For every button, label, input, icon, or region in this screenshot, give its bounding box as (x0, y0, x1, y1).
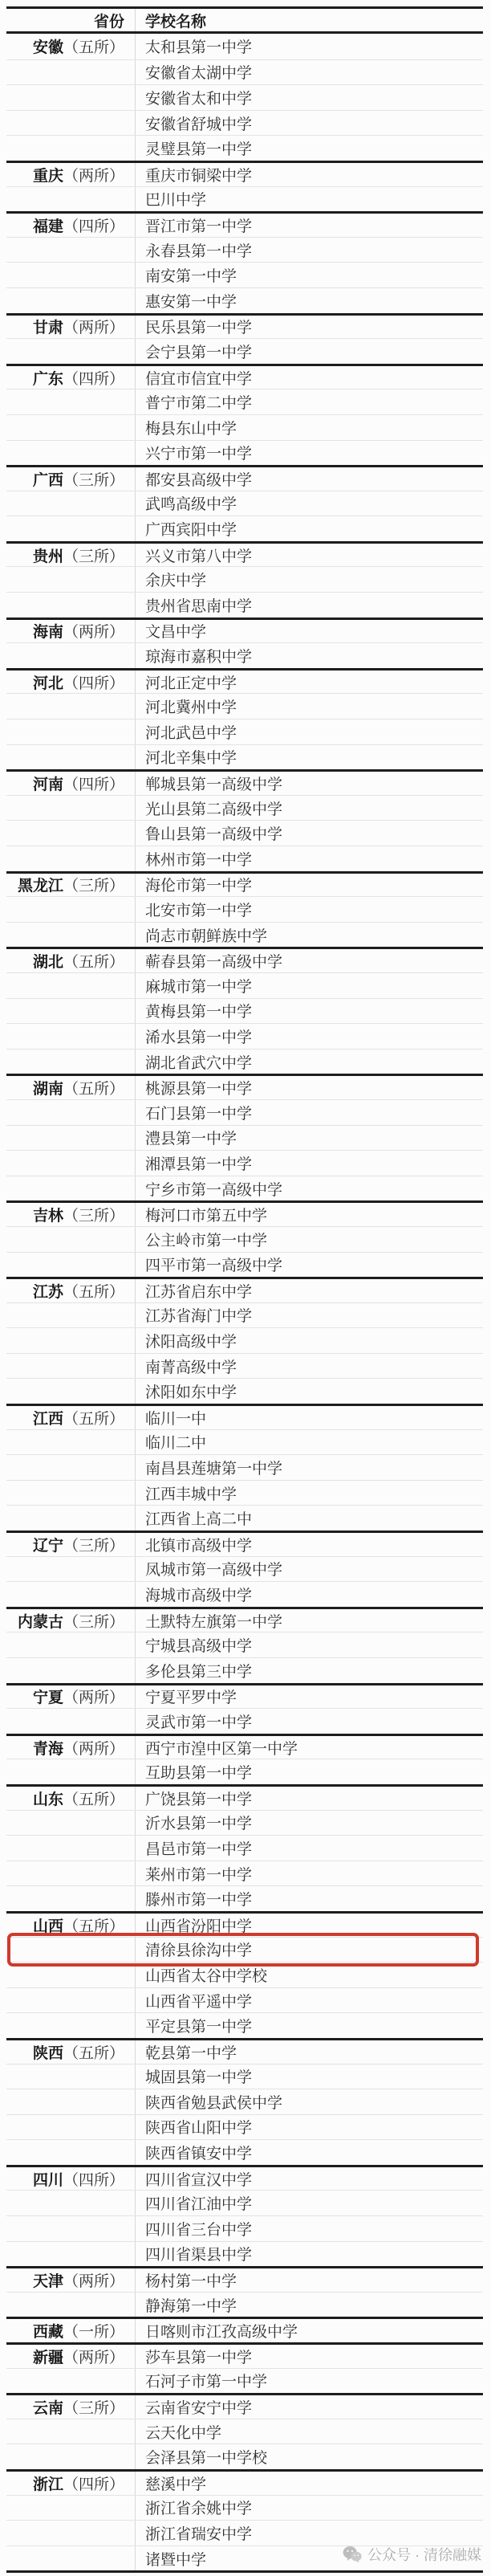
table-row: 林州市第一中学 (6, 846, 483, 871)
school-table-body: 安徽（五所）太和县第一中学安徽省太湖中学安徽省太和中学安徽省舒城中学灵璧县第一中… (6, 34, 483, 2570)
province-header: 省份 (6, 10, 135, 31)
province-name: 广西 (33, 472, 63, 489)
table-row: 宁夏（两所）宁夏平罗中学 (6, 1683, 483, 1709)
school-cell: 沂水县第一中学 (135, 1812, 483, 1833)
province-school-count: （四所） (63, 675, 124, 692)
province-cell: 黑龙江（三所） (6, 874, 135, 895)
table-row: 浙江省瑞安中学 (6, 2520, 483, 2545)
school-cell: 重庆市铜梁中学 (135, 164, 483, 185)
table-row: 陕西省勉县武侯中学 (6, 2089, 483, 2114)
province-name: 新疆 (33, 2350, 63, 2366)
table-row: 武鸣高级中学 (6, 491, 483, 516)
school-cell: 浠水县第一中学 (135, 1025, 483, 1047)
province-school-count: （五所） (63, 1284, 124, 1301)
table-row: 江西（五所）临川一中 (6, 1404, 483, 1429)
school-cell: 临川一中 (135, 1407, 483, 1429)
province-name: 山西 (33, 1918, 63, 1935)
table-row: 陕西（五所）乾县第一中学 (6, 2038, 483, 2064)
province-school-count: （两所） (63, 2350, 124, 2366)
school-cell: 山西省太谷中学校 (135, 1964, 483, 1986)
table-row: 永春县第一中学 (6, 237, 483, 263)
school-cell: 桃源县第一中学 (135, 1077, 483, 1098)
school-cell: 四川省三台中学 (135, 2218, 483, 2240)
province-school-count: （两所） (63, 2273, 124, 2290)
table-row: 江西省上高二中 (6, 1505, 483, 1531)
table-row: 昌邑市第一中学 (6, 1835, 483, 1861)
school-cell: 四川省江油中学 (135, 2192, 483, 2214)
school-cell: 江苏省启东中学 (135, 1280, 483, 1302)
school-cell: 云天化中学 (135, 2421, 483, 2443)
table-row: 凤城市第一高级中学 (6, 1556, 483, 1582)
province-name: 湖北 (33, 954, 63, 971)
table-row: 安徽省太湖中学 (6, 59, 483, 85)
school-cell: 安徽省舒城中学 (135, 112, 483, 134)
province-school-count: （五所） (63, 1791, 124, 1808)
province-school-count: （五所） (63, 954, 124, 971)
province-cell: 吉林（三所） (6, 1204, 135, 1225)
province-cell: 云南（三所） (6, 2396, 135, 2418)
school-cell: 安徽省太湖中学 (135, 61, 483, 83)
school-cell: 四川省宣汉中学 (135, 2168, 483, 2190)
table-row: 山西省平遥中学 (6, 1987, 483, 2013)
table-row: 贵州省思南中学 (6, 592, 483, 618)
school-cell: 河北正定中学 (135, 671, 483, 693)
school-cell: 海城市高级中学 (135, 1584, 483, 1605)
table-row: 青海（两所）西宁市湟中区第一中学 (6, 1734, 483, 1759)
province-cell: 安徽（五所） (6, 35, 135, 57)
province-cell: 辽宁（三所） (6, 1534, 135, 1555)
school-cell: 安徽省太和中学 (135, 87, 483, 108)
school-cell: 河北辛集中学 (135, 746, 483, 768)
table-row: 南菁高级中学 (6, 1353, 483, 1379)
province-name: 陕西 (33, 2045, 63, 2062)
table-row: 四平市第一高级中学 (6, 1252, 483, 1278)
table-row: 城固县第一中学 (6, 2064, 483, 2089)
province-school-count: （五所） (63, 39, 124, 56)
province-school-count: （一所） (63, 2324, 124, 2341)
watermark-text: 公众号 · 清徐融媒 (367, 2544, 481, 2565)
table-row: 北安市第一中学 (6, 896, 483, 922)
school-cell: 麻城市第一中学 (135, 975, 483, 997)
school-cell: 会泽县第一中学校 (135, 2446, 483, 2468)
table-row: 黄梅县第一中学 (6, 998, 483, 1024)
table-row: 河南（四所）郸城县第一高级中学 (6, 769, 483, 795)
table-row: 海南（两所）文昌中学 (6, 618, 483, 643)
province-name: 山东 (33, 1791, 63, 1808)
table-row: 安徽省舒城中学 (6, 110, 483, 136)
table-row: 临川二中 (6, 1429, 483, 1455)
province-school-count: （两所） (63, 1689, 124, 1706)
school-cell: 杨村第一中学 (135, 2269, 483, 2291)
school-cell: 陕西省山阳中学 (135, 2116, 483, 2138)
school-cell: 浙江省余姚中学 (135, 2497, 483, 2518)
table-row: 安徽省太和中学 (6, 84, 483, 110)
table-header: 省份 学校名称 (6, 6, 483, 34)
school-cell: 宁夏平罗中学 (135, 1685, 483, 1707)
table-row: 宁城县高级中学 (6, 1632, 483, 1657)
province-cell: 江西（五所） (6, 1407, 135, 1429)
table-row: 浙江（四所）慈溪中学 (6, 2469, 483, 2495)
table-row: 广西（三所）都安县高级中学 (6, 465, 483, 491)
school-cell: 会宁县第一中学 (135, 340, 483, 362)
school-cell: 陕西省镇安中学 (135, 2142, 483, 2163)
table-row: 平定县第一中学 (6, 2012, 483, 2038)
school-cell: 乾县第一中学 (135, 2041, 483, 2063)
table-row: 重庆（两所）重庆市铜梁中学 (6, 161, 483, 186)
table-row: 江苏（五所）江苏省启东中学 (6, 1277, 483, 1302)
school-cell: 湖北省武穴中学 (135, 1051, 483, 1073)
province-name: 青海 (33, 1741, 63, 1758)
school-cell: 北安市第一中学 (135, 899, 483, 920)
province-cell: 甘肃（两所） (6, 316, 135, 337)
school-cell: 石河子市第一中学 (135, 2370, 483, 2391)
school-cell: 湘潭县第一中学 (135, 1152, 483, 1174)
table-row: 公主岭市第一中学 (6, 1226, 483, 1252)
table-row: 贵州（三所）兴义市第八中学 (6, 541, 483, 567)
table-row: 广西宾阳中学 (6, 516, 483, 541)
table-row: 莱州市第一中学 (6, 1861, 483, 1886)
table-row: 澧县第一中学 (6, 1125, 483, 1151)
province-cell: 贵州（三所） (6, 544, 135, 566)
table-row: 天津（两所）杨村第一中学 (6, 2266, 483, 2292)
province-school-count: （两所） (63, 320, 124, 336)
table-row: 湘潭县第一中学 (6, 1150, 483, 1176)
school-cell: 石门县第一中学 (135, 1102, 483, 1123)
school-cell: 宁乡市第一高级中学 (135, 1178, 483, 1200)
school-cell: 莎车县第一中学 (135, 2346, 483, 2367)
school-cell: 南昌县莲塘第一中学 (135, 1457, 483, 1478)
province-school-count: （两所） (63, 168, 124, 185)
table-row: 四川省三台中学 (6, 2215, 483, 2241)
province-school-count: （四所） (63, 776, 124, 793)
table-row: 会宁县第一中学 (6, 338, 483, 364)
school-cell: 临川二中 (135, 1431, 483, 1453)
province-name: 河北 (33, 675, 63, 692)
school-cell: 平定县第一中学 (135, 2015, 483, 2036)
province-name: 云南 (33, 2400, 63, 2417)
province-cell: 西藏（一所） (6, 2320, 135, 2342)
table-row: 巴川中学 (6, 186, 483, 212)
table-row: 浙江省余姚中学 (6, 2495, 483, 2521)
province-cell: 浙江（四所） (6, 2472, 135, 2494)
province-school-count: （五所） (63, 1081, 124, 1098)
province-name: 重庆 (33, 168, 63, 185)
school-cell: 武鸣高级中学 (135, 492, 483, 514)
province-school-count: （三所） (63, 548, 124, 565)
school-cell: 山西省平遥中学 (135, 1990, 483, 2011)
table-row: 吉林（三所）梅河口市第五中学 (6, 1200, 483, 1226)
table-row: 山东（五所）广饶县第一中学 (6, 1784, 483, 1810)
province-school-count: （三所） (63, 472, 124, 489)
table-row: 江苏省海门中学 (6, 1302, 483, 1328)
province-name: 辽宁 (33, 1538, 63, 1555)
school-cell: 蕲春县第一高级中学 (135, 950, 483, 972)
school-cell: 河北冀州中学 (135, 695, 483, 717)
province-school-count: （三所） (63, 878, 124, 895)
table-row: 四川省江油中学 (6, 2190, 483, 2215)
school-cell: 沭阳如东中学 (135, 1380, 483, 1402)
table-row: 光山县第二高级中学 (6, 795, 483, 821)
province-name: 贵州 (33, 548, 63, 565)
school-cell: 宁城县高级中学 (135, 1634, 483, 1656)
table-row: 四川（四所）四川省宣汉中学 (6, 2165, 483, 2191)
province-name: 吉林 (33, 1208, 63, 1225)
table-row: 内蒙古（三所）土默特左旗第一中学 (6, 1607, 483, 1632)
school-cell: 尚志市朝鲜族中学 (135, 924, 483, 946)
table-row: 江西丰城中学 (6, 1480, 483, 1506)
province-name: 宁夏 (33, 1689, 63, 1706)
province-name: 河南 (33, 776, 63, 793)
watermark: 公众号 · 清徐融媒 (343, 2544, 481, 2565)
table-row: 惠安第一中学 (6, 287, 483, 313)
school-cell: 日喀则市江孜高级中学 (135, 2320, 483, 2342)
table-row: 灵武市第一中学 (6, 1708, 483, 1734)
province-school-count: （五所） (63, 1411, 124, 1428)
province-cell: 河北（四所） (6, 671, 135, 693)
school-cell: 陕西省勉县武侯中学 (135, 2091, 483, 2113)
province-cell: 湖南（五所） (6, 1077, 135, 1098)
province-school-count: （三所） (63, 1614, 124, 1631)
school-cell: 琼海市嘉积中学 (135, 645, 483, 666)
school-cell: 贵州省思南中学 (135, 594, 483, 616)
province-cell: 青海（两所） (6, 1737, 135, 1759)
school-cell: 山西省汾阳中学 (135, 1914, 483, 1936)
table-row: 沭阳如东中学 (6, 1378, 483, 1404)
school-cell: 静海第一中学 (135, 2294, 483, 2316)
table-row: 福建（四所）晋江市第一中学 (6, 211, 483, 237)
table-row: 尚志市朝鲜族中学 (6, 922, 483, 948)
school-cell: 兴宁市第一中学 (135, 442, 483, 463)
school-cell: 浙江省瑞安中学 (135, 2522, 483, 2544)
province-cell: 四川（四所） (6, 2168, 135, 2190)
province-name: 西藏 (33, 2324, 63, 2341)
school-cell: 南菁高级中学 (135, 1355, 483, 1377)
province-name: 海南 (33, 624, 63, 641)
table-row: 南昌县莲塘第一中学 (6, 1454, 483, 1480)
province-school-count: （五所） (63, 2045, 124, 2062)
table-row: 普宁市第二中学 (6, 389, 483, 414)
province-name: 广东 (33, 371, 63, 388)
page: 省份 学校名称 安徽（五所）太和县第一中学安徽省太湖中学安徽省太和中学安徽省舒城… (0, 0, 491, 2576)
table-row: 石门县第一中学 (6, 1099, 483, 1125)
school-cell: 云南省安宁中学 (135, 2396, 483, 2418)
province-cell: 天津（两所） (6, 2269, 135, 2291)
school-cell: 多伦县第三中学 (135, 1660, 483, 1681)
school-cell: 林州市第一中学 (135, 848, 483, 870)
table-row: 安徽（五所）太和县第一中学 (6, 34, 483, 59)
table-row: 陕西省镇安中学 (6, 2139, 483, 2165)
table-row: 多伦县第三中学 (6, 1657, 483, 1683)
school-cell: 惠安第一中学 (135, 290, 483, 312)
table-row: 河北辛集中学 (6, 744, 483, 770)
province-cell: 新疆（两所） (6, 2346, 135, 2367)
school-cell: 四川省渠县中学 (135, 2243, 483, 2264)
table-row: 河北（四所）河北正定中学 (6, 668, 483, 694)
school-cell: 文昌中学 (135, 620, 483, 642)
school-cell: 北镇市高级中学 (135, 1534, 483, 1555)
school-cell: 梅县东山中学 (135, 417, 483, 438)
school-cell: 灵璧县第一中学 (135, 137, 483, 159)
school-cell: 滕州市第一中学 (135, 1888, 483, 1910)
school-cell: 公主岭市第一中学 (135, 1229, 483, 1250)
school-cell: 凤城市第一高级中学 (135, 1558, 483, 1579)
table-row: 山西（五所）山西省汾阳中学 (6, 1911, 483, 1937)
province-school-count: （四所） (63, 2476, 124, 2493)
province-cell: 福建（四所） (6, 214, 135, 236)
province-cell: 陕西（五所） (6, 2041, 135, 2063)
school-cell: 沭阳高级中学 (135, 1330, 483, 1351)
table-row: 灵璧县第一中学 (6, 135, 483, 161)
table-row: 滕州市第一中学 (6, 1885, 483, 1911)
province-cell: 广西（三所） (6, 468, 135, 490)
province-name: 内蒙古 (18, 1614, 63, 1631)
school-cell: 清徐县徐沟中学 (135, 1938, 483, 1960)
table-row: 石河子市第一中学 (6, 2368, 483, 2394)
table-row: 四川省渠县中学 (6, 2241, 483, 2267)
table-row: 浠水县第一中学 (6, 1023, 483, 1049)
province-school-count: （两所） (63, 624, 124, 641)
province-cell: 湖北（五所） (6, 950, 135, 972)
province-cell: 宁夏（两所） (6, 1685, 135, 1707)
school-cell: 普宁市第二中学 (135, 391, 483, 413)
school-cell: 太和县第一中学 (135, 35, 483, 57)
school-cell: 广西宾阳中学 (135, 518, 483, 540)
province-school-count: （五所） (63, 1918, 124, 1935)
province-name: 黑龙江 (18, 878, 63, 895)
province-cell: 重庆（两所） (6, 164, 135, 185)
school-cell: 信宜市信宜中学 (135, 367, 483, 389)
school-cell: 郸城县第一高级中学 (135, 772, 483, 794)
province-cell: 江苏（五所） (6, 1280, 135, 1302)
school-cell: 莱州市第一中学 (135, 1863, 483, 1885)
table-row: 会泽县第一中学校 (6, 2444, 483, 2469)
table-row: 云天化中学 (6, 2419, 483, 2444)
school-cell: 城固县第一中学 (135, 2065, 483, 2087)
province-school-count: （两所） (63, 1741, 124, 1758)
province-school-count: （四所） (63, 218, 124, 235)
table-row: 湖南（五所）桃源县第一中学 (6, 1074, 483, 1099)
table-row: 清徐县徐沟中学 (6, 1937, 483, 1963)
school-cell: 土默特左旗第一中学 (135, 1610, 483, 1632)
school-cell: 河北武邑中学 (135, 721, 483, 743)
school-cell: 慈溪中学 (135, 2472, 483, 2494)
school-cell: 海伦市第一中学 (135, 874, 483, 895)
province-cell: 山西（五所） (6, 1914, 135, 1936)
province-name: 天津 (33, 2273, 63, 2290)
school-cell: 民乐县第一中学 (135, 316, 483, 337)
table-row: 黑龙江（三所）海伦市第一中学 (6, 871, 483, 897)
table-row: 湖北省武穴中学 (6, 1049, 483, 1074)
table-row: 山西省太谷中学校 (6, 1962, 483, 1987)
province-cell: 河南（四所） (6, 772, 135, 794)
province-cell: 山东（五所） (6, 1787, 135, 1809)
school-cell: 南安第一中学 (135, 264, 483, 286)
table-row: 湖北（五所）蕲春县第一高级中学 (6, 947, 483, 972)
school-cell: 西宁市湟中区第一中学 (135, 1737, 483, 1759)
table-row: 云南（三所）云南省安宁中学 (6, 2393, 483, 2419)
wechat-icon (343, 2545, 362, 2563)
school-cell: 巴川中学 (135, 188, 483, 210)
school-cell: 四平市第一高级中学 (135, 1253, 483, 1275)
province-school-count: （三所） (63, 2400, 124, 2417)
table-row: 沂水县第一中学 (6, 1810, 483, 1836)
school-cell: 互助县第一中学 (135, 1761, 483, 1783)
table-row: 西藏（一所）日喀则市江孜高级中学 (6, 2317, 483, 2342)
school-cell: 都安县高级中学 (135, 468, 483, 490)
province-name: 四川 (33, 2172, 63, 2189)
school-cell: 梅河口市第五中学 (135, 1204, 483, 1225)
school-cell: 兴义市第八中学 (135, 544, 483, 566)
province-school-count: （四所） (63, 2172, 124, 2189)
province-name: 湖南 (33, 1081, 63, 1098)
table-row: 新疆（两所）莎车县第一中学 (6, 2342, 483, 2368)
school-cell: 鲁山县第一高级中学 (135, 822, 483, 844)
school-cell: 江苏省海门中学 (135, 1304, 483, 1326)
province-name: 福建 (33, 218, 63, 235)
table-row: 南安第一中学 (6, 262, 483, 287)
table-row: 鲁山县第一高级中学 (6, 820, 483, 846)
table-row: 余庆中学 (6, 566, 483, 592)
table-row: 海城市高级中学 (6, 1581, 483, 1607)
school-cell: 江西省上高二中 (135, 1507, 483, 1529)
province-school-count: （三所） (63, 1208, 124, 1225)
province-cell: 海南（两所） (6, 620, 135, 642)
province-name: 江苏 (33, 1284, 63, 1301)
table-row: 互助县第一中学 (6, 1759, 483, 1784)
province-name: 安徽 (33, 39, 63, 56)
school-cell: 黄梅县第一中学 (135, 1000, 483, 1021)
province-name: 甘肃 (33, 320, 63, 336)
province-school-count: （四所） (63, 371, 124, 388)
school-cell: 灵武市第一中学 (135, 1710, 483, 1732)
table-row: 河北武邑中学 (6, 719, 483, 744)
table-row: 广东（四所）信宜市信宜中学 (6, 364, 483, 389)
table-row: 静海第一中学 (6, 2292, 483, 2317)
table-row: 麻城市第一中学 (6, 972, 483, 998)
school-name-header: 学校名称 (135, 10, 483, 31)
province-name: 江西 (33, 1411, 63, 1428)
school-cell: 余庆中学 (135, 569, 483, 590)
table-row: 甘肃（两所）民乐县第一中学 (6, 313, 483, 339)
school-cell: 江西丰城中学 (135, 1482, 483, 1504)
school-cell: 昌邑市第一中学 (135, 1837, 483, 1859)
school-table: 省份 学校名称 安徽（五所）太和县第一中学安徽省太湖中学安徽省太和中学安徽省舒城… (6, 6, 483, 2573)
school-cell: 晋江市第一中学 (135, 214, 483, 236)
table-row: 河北冀州中学 (6, 693, 483, 719)
school-cell: 永春县第一中学 (135, 239, 483, 261)
school-cell: 光山县第二高级中学 (135, 797, 483, 819)
table-row: 兴宁市第一中学 (6, 440, 483, 466)
school-cell: 澧县第一中学 (135, 1127, 483, 1148)
province-cell: 广东（四所） (6, 367, 135, 389)
table-row: 梅县东山中学 (6, 414, 483, 440)
table-row: 辽宁（三所）北镇市高级中学 (6, 1531, 483, 1556)
table-row: 琼海市嘉积中学 (6, 642, 483, 668)
school-cell: 广饶县第一中学 (135, 1787, 483, 1809)
table-row: 陕西省山阳中学 (6, 2114, 483, 2140)
table-row: 宁乡市第一高级中学 (6, 1176, 483, 1201)
province-cell: 内蒙古（三所） (6, 1610, 135, 1632)
province-name: 浙江 (33, 2476, 63, 2493)
table-row: 沭阳高级中学 (6, 1327, 483, 1353)
province-school-count: （三所） (63, 1538, 124, 1555)
